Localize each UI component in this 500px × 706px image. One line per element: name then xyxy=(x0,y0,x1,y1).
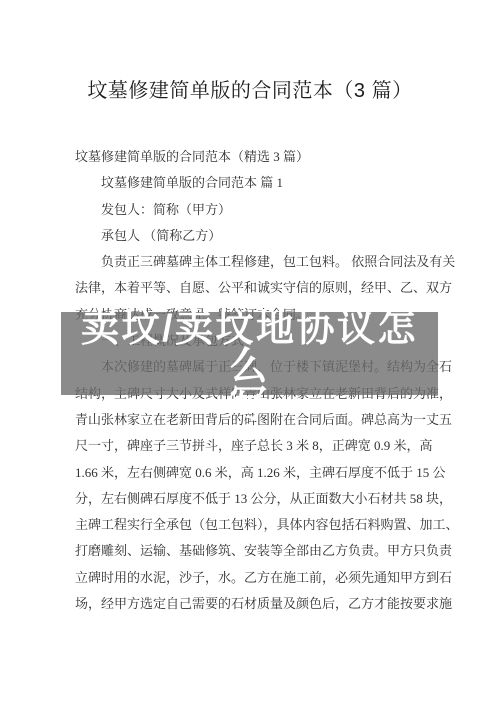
watermark-text-line2: 写 xyxy=(61,386,438,424)
watermark-text-line1: 卖坟/卖坟地协议怎么 xyxy=(61,310,438,386)
document-line: 主碑工程实行全承包（包工包料），具体内容包括石料购置、加工、 xyxy=(75,512,447,538)
document-line: 法律，本着平等、自愿、公平和诚实守信的原则，经甲、乙、双方 xyxy=(75,275,447,301)
document-line: 坟墓修建简单版的合同范本 篇 1 xyxy=(75,170,447,196)
document-line: 坟墓修建简单版的合同范本（精选 3 篇） xyxy=(75,144,447,170)
page-title: 坟墓修建简单版的合同范本（3 篇） xyxy=(0,74,500,103)
document-line: 承包人 （简称乙方） xyxy=(75,223,447,249)
document-page: 坟墓修建简单版的合同范本（3 篇） 坟墓修建简单版的合同范本（精选 3 篇） 坟… xyxy=(0,0,500,706)
document-line: 发包人：简称（甲方） xyxy=(75,197,447,223)
document-line: 分，左右侧碑石厚度不低于 13 公分，从正面数大小石材共 58 块， xyxy=(75,486,447,512)
document-line: 负责正三碑墓碑主体工程修建，包工包料。 依照合同法及有关 xyxy=(75,249,447,275)
document-line: 1.66 米，左右侧碑宽 0.6 米，高 1.26 米，主碑石厚度不低于 15 … xyxy=(75,460,447,486)
document-line: 尺一寸，碑座子三节拼斗，座子总长 3 米 8，正碑宽 0.9 米，高 xyxy=(75,433,447,459)
watermark-overlay-banner: 卖坟/卖坟地协议怎么 写 xyxy=(61,312,438,395)
document-line: 场，经甲方选定自己需要的石材质量及颜色后，乙方才能按要求施 xyxy=(75,591,447,617)
watermark-text: 卖坟/卖坟地协议怎么 写 xyxy=(61,310,438,424)
document-line: 立碑时用的水泥，沙子，水。乙方在施工前，必须先通知甲方到石 xyxy=(75,565,447,591)
document-line: 打磨雕刻、运输、基础修筑、安装等全部由乙方负责。甲方只负责 xyxy=(75,538,447,564)
